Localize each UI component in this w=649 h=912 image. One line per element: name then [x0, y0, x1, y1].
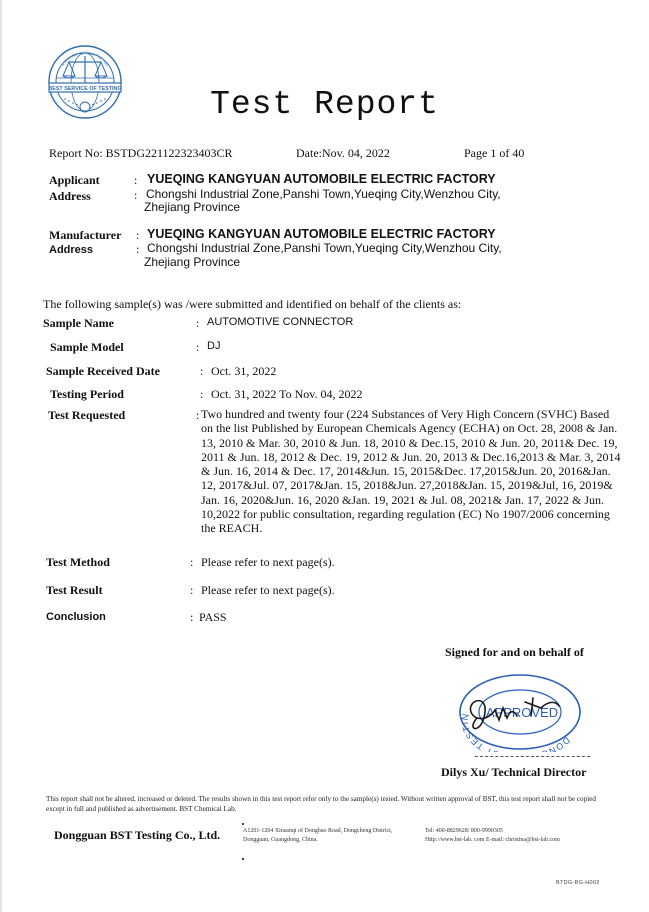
page-indicator: Page 1 of 40	[464, 146, 524, 161]
manufacturer-address-label: Address	[49, 244, 93, 256]
colon: :	[200, 387, 203, 402]
testing-period-value: Oct. 31, 2022 To Nov. 04, 2022	[211, 387, 363, 402]
footer-address-line2: Dongguan, Guangdong, China.	[243, 836, 392, 845]
colon: :	[134, 188, 137, 203]
test-requested-value: Two hundred and twenty four (224 Substan…	[201, 407, 621, 536]
signed-on-behalf-text: Signed for and on behalf of	[445, 645, 584, 660]
footer-address: A1201-1204 Xinsanqi of Dongbao Road, Don…	[243, 827, 392, 844]
sample-name-value: AUTOMOTIVE CONNECTOR	[207, 316, 353, 328]
report-number: Report No: BSTDG221122323403CR	[49, 146, 233, 161]
colon: :	[190, 555, 193, 570]
colon: :	[190, 583, 193, 598]
colon: :	[136, 228, 139, 243]
colon: :	[190, 610, 193, 625]
conclusion-label: Conclusion	[46, 611, 106, 623]
sample-name-label: Sample Name	[43, 316, 114, 331]
manufacturer-label: Manufacturer	[49, 228, 121, 243]
approved-stamp-icon: DONGGUAN BST TESTING CO.,LTD APPROVED	[455, 672, 585, 752]
applicant-address-line2: Zhejiang Province	[144, 200, 240, 214]
applicant-address-label: Address	[49, 189, 91, 204]
test-requested-label: Test Requested	[48, 408, 125, 423]
colon: :	[200, 364, 203, 379]
received-date-label: Sample Received Date	[46, 364, 160, 379]
footer-web-email: Http://www.bst-lab. com E-mail: christin…	[425, 836, 560, 845]
sample-model-value: DJ	[207, 340, 220, 352]
form-code: BTDG-BG-H002	[556, 880, 600, 886]
signature-line	[475, 756, 590, 757]
conclusion-value: PASS	[199, 610, 227, 625]
footer-address-line1: A1201-1204 Xinsanqi of Dongbao Road, Don…	[243, 827, 392, 836]
decorative-dot	[242, 823, 244, 825]
test-method-value: Please refer to next page(s).	[201, 555, 335, 570]
footer-company-name: Dongguan BST Testing Co., Ltd.	[54, 828, 220, 843]
signer-name: Dilys Xu/ Technical Director	[441, 765, 586, 780]
test-result-value: Please refer to next page(s).	[201, 583, 335, 598]
applicant-address-line1: Chongshi Industrial Zone,Panshi Town,Yue…	[146, 187, 501, 201]
applicant-name: YUEQING KANGYUAN AUTOMOBILE ELECTRIC FAC…	[147, 172, 496, 186]
footer-disclaimer: This report shall not be altered, increa…	[46, 794, 606, 814]
manufacturer-name: YUEQING KANGYUAN AUTOMOBILE ELECTRIC FAC…	[147, 227, 496, 241]
colon: :	[134, 173, 137, 188]
colon: :	[196, 316, 199, 331]
colon: :	[196, 340, 199, 355]
manufacturer-address-line1: Chongshi Industrial Zone,Panshi Town,Yue…	[147, 241, 502, 255]
test-result-label: Test Result	[46, 583, 103, 598]
testing-period-label: Testing Period	[50, 387, 124, 402]
report-date: Date:Nov. 04, 2022	[296, 146, 390, 161]
page-title: Test Report	[0, 86, 649, 123]
decorative-dot	[242, 858, 244, 860]
manufacturer-address-line2: Zhejiang Province	[144, 255, 240, 269]
applicant-label: Applicant	[49, 173, 100, 188]
page-edge	[0, 0, 2, 912]
colon: :	[136, 242, 139, 257]
colon: :	[196, 408, 199, 423]
received-date-value: Oct. 31, 2022	[211, 364, 276, 379]
sample-model-label: Sample Model	[50, 340, 124, 355]
test-method-label: Test Method	[46, 555, 110, 570]
footer-tel: Tel: 400-8829628/ 800-9990305	[425, 827, 560, 836]
intro-text: The following sample(s) was /were submit…	[43, 297, 461, 312]
footer-contact: Tel: 400-8829628/ 800-9990305 Http://www…	[425, 827, 560, 844]
